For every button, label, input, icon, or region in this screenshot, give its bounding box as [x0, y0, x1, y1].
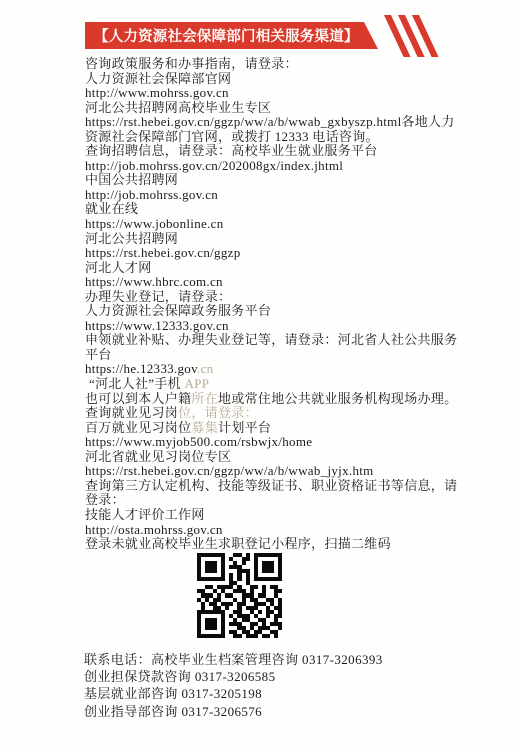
text-segment: https://rst.hebei.gov.cn/ggzp — [85, 245, 241, 260]
text-segment: 也可以到本人户籍 — [85, 391, 191, 406]
text-line: 人力资源社会保障部官网 — [85, 72, 470, 87]
url-line: http://job.mohrss.gov.cn/202008gx/index.… — [85, 159, 470, 174]
text-line: 查询第三方认定机构、技能等级证书、职业资格证书等信息，请 — [85, 479, 470, 494]
body-text-block: 咨询政策服务和办事指南，请登录：人力资源社会保障部官网http://www.mo… — [85, 57, 470, 552]
text-segment: https://rst.hebei.gov.cn/ggzp/ww/a/b/wwa… — [85, 463, 374, 478]
text-segment: 就业在线 — [85, 201, 138, 216]
contact-line: 创业指导部咨询 0317-3206576 — [84, 703, 383, 720]
text-line: 办理失业登记，请登录： — [85, 290, 470, 305]
url-line: https://he.12333.gov.cn — [85, 362, 470, 377]
text-line: 人力资源社会保障政务服务平台 — [85, 304, 470, 319]
contact-line: 基层就业部咨询 0317-3205198 — [84, 685, 383, 702]
text-segment: http://osta.mohrss.gov.cn — [85, 522, 223, 537]
url-line: https://rst.hebei.gov.cn/ggzp — [85, 246, 470, 261]
text-segment: 河北人才网 — [85, 260, 152, 275]
text-segment: 咨询政策服务和办事指南，请登录： — [85, 56, 298, 71]
text-segment: https://rst.hebei.gov.cn/ggzp/ww/a/b/wwa… — [85, 114, 455, 129]
text-segment: 技能人才评价工作网 — [85, 507, 205, 522]
text-segment: 登录未就业高校毕业生求职登记小程序，扫描二维码 — [85, 536, 391, 551]
text-segment: 查询第三方认定机构、技能等级证书、职业资格证书等信息，请 — [85, 478, 457, 493]
text-segment: https://www.jobonline.cn — [85, 216, 224, 231]
text-line: 平台 — [85, 348, 470, 363]
text-line: 河北公共招聘网 — [85, 232, 470, 247]
text-segment: APP — [185, 376, 210, 391]
text-segment: 中国公共招聘网 — [85, 172, 178, 187]
url-line: http://osta.mohrss.gov.cn — [85, 523, 470, 538]
text-segment: 人力资源社会保障部官网 — [85, 71, 231, 86]
text-line: 百万就业见习岗位募集计划平台 — [85, 421, 470, 436]
qr-module — [278, 634, 282, 638]
text-segment: https://www.hbrc.com.cn — [85, 274, 223, 289]
text-line: 河北人才网 — [85, 261, 470, 276]
url-line: http://job.mohrss.gov.cn — [85, 188, 470, 203]
url-line: https://www.hbrc.com.cn — [85, 275, 470, 290]
text-line: 就业在线 — [85, 202, 470, 217]
text-segment: 位，请登录： — [178, 405, 258, 420]
text-segment: 申领就业补贴、办理失业登记等，请登录：河北省人社公共服务 — [85, 332, 457, 347]
text-segment: 河北省就业见习岗位专区 — [85, 449, 231, 464]
text-line: 中国公共招聘网 — [85, 173, 470, 188]
qr-code — [197, 553, 282, 638]
url-line: https://www.myjob500.com/rsbwjx/home — [85, 435, 470, 450]
page-title: 【人力资源社会保障部门相关服务渠道】 — [94, 25, 359, 46]
text-line: 登录未就业高校毕业生求职登记小程序，扫描二维码 — [85, 537, 470, 552]
text-line: 申领就业补贴、办理失业登记等，请登录：河北省人社公共服务 — [85, 333, 470, 348]
text-segment: http://job.mohrss.gov.cn/202008gx/index.… — [85, 158, 343, 173]
url-line: https://www.jobonline.cn — [85, 217, 470, 232]
text-segment: 办理失业登记，请登录： — [85, 289, 231, 304]
text-segment: 募集 — [191, 420, 218, 435]
text-segment: 查询招聘信息，请登录：高校毕业生就业服务平台 — [85, 143, 378, 158]
text-line: 资源社会保障部门官网，或拨打 12333 电话咨询。 — [85, 130, 470, 145]
text-line: “河北人社”手机 APP — [85, 377, 470, 392]
text-segment: 人力资源社会保障政务服务平台 — [85, 303, 271, 318]
text-segment: 百万就业见习岗位 — [85, 420, 191, 435]
text-line: 河北省就业见习岗位专区 — [85, 450, 470, 465]
text-line: 技能人才评价工作网 — [85, 508, 470, 523]
text-segment: 查询就业见习岗 — [85, 405, 178, 420]
url-line: https://rst.hebei.gov.cn/ggzp/ww/a/b/wwa… — [85, 115, 470, 130]
url-line: https://www.12333.gov.cn — [85, 319, 470, 334]
text-segment: 所在 — [191, 391, 218, 406]
url-line: https://rst.hebei.gov.cn/ggzp/ww/a/b/wwa… — [85, 464, 470, 479]
text-line: 查询就业见习岗位，请登录： — [85, 406, 470, 421]
text-segment: 登录： — [85, 492, 125, 507]
title-banner: 【人力资源社会保障部门相关服务渠道】 — [85, 22, 378, 49]
text-line: 登录： — [85, 493, 470, 508]
text-segment: 资源社会保障部门官网，或拨打 12333 电话咨询。 — [85, 129, 379, 144]
text-segment: https://www.myjob500.com/rsbwjx/home — [85, 434, 312, 449]
text-segment: http://job.mohrss.gov.cn — [85, 187, 218, 202]
text-segment: 地或常住地公共就业服务机构现场办理。 — [218, 391, 457, 406]
text-segment: 河北公共招聘网高校毕业生专区 — [85, 100, 271, 115]
text-line: 查询招聘信息，请登录：高校毕业生就业服务平台 — [85, 144, 470, 159]
text-segment: http://www.mohrss.gov.cn — [85, 85, 229, 100]
document-page: 【人力资源社会保障部门相关服务渠道】 咨询政策服务和办事指南，请登录：人力资源社… — [0, 0, 515, 747]
text-segment: https://www.12333.gov.cn — [85, 318, 229, 333]
contact-line: 联系电话：高校毕业生档案管理咨询 0317-3206393 — [84, 651, 383, 668]
text-segment: .cn — [197, 361, 213, 376]
text-line: 咨询政策服务和办事指南，请登录： — [85, 57, 470, 72]
contact-info-block: 联系电话：高校毕业生档案管理咨询 0317-3206393创业担保贷款咨询 03… — [84, 651, 383, 720]
text-segment: 河北公共招聘网 — [85, 231, 178, 246]
text-line: 也可以到本人户籍所在地或常住地公共就业服务机构现场办理。 — [85, 392, 470, 407]
text-segment: 平台 — [85, 347, 112, 362]
text-segment: https://he.12333.gov — [85, 361, 197, 376]
text-segment: “河北人社”手机 — [89, 376, 185, 391]
text-line: 河北公共招聘网高校毕业生专区 — [85, 101, 470, 116]
text-segment: 计划平台 — [218, 420, 271, 435]
contact-line: 创业担保贷款咨询 0317-3206585 — [84, 668, 383, 685]
url-line: http://www.mohrss.gov.cn — [85, 86, 470, 101]
